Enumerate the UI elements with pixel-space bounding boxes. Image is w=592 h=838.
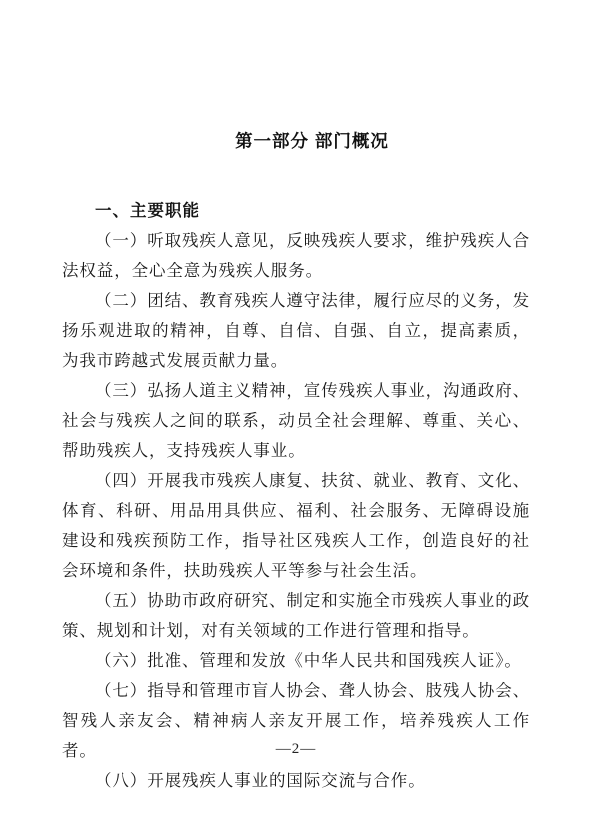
paragraph-item-1: （一）听取残疾人意见，反映残疾人要求，维护残疾人合法权益，全心全意为残疾人服务。 — [62, 226, 530, 286]
paragraph-item-2: （二）团结、教育残疾人遵守法律，履行应尽的义务，发扬乐观进取的精神，自尊、自信、… — [62, 286, 530, 376]
paragraph-item-3: （三）弘扬人道主义精神，宣传残疾人事业，沟通政府、社会与残疾人之间的联系，动员全… — [62, 376, 530, 466]
page-number: —2— — [0, 741, 592, 758]
paragraph-item-8: （八）开展残疾人事业的国际交流与合作。 — [62, 766, 530, 796]
paragraph-item-4: （四）开展我市残疾人康复、扶贫、就业、教育、文化、体育、科研、用品用具供应、福利… — [62, 466, 530, 586]
document-page: 第一部分 部门概况 一、主要职能 （一）听取残疾人意见，反映残疾人要求，维护残疾… — [0, 0, 592, 838]
document-content: 第一部分 部门概况 一、主要职能 （一）听取残疾人意见，反映残疾人要求，维护残疾… — [62, 0, 530, 796]
section-heading: 一、主要职能 — [62, 196, 530, 226]
document-title: 第一部分 部门概况 — [62, 0, 530, 153]
paragraph-item-5: （五）协助市政府研究、制定和实施全市残疾人事业的政策、规划和计划，对有关领域的工… — [62, 586, 530, 646]
paragraph-item-6: （六）批准、管理和发放《中华人民共和国残疾人证》。 — [62, 646, 530, 676]
